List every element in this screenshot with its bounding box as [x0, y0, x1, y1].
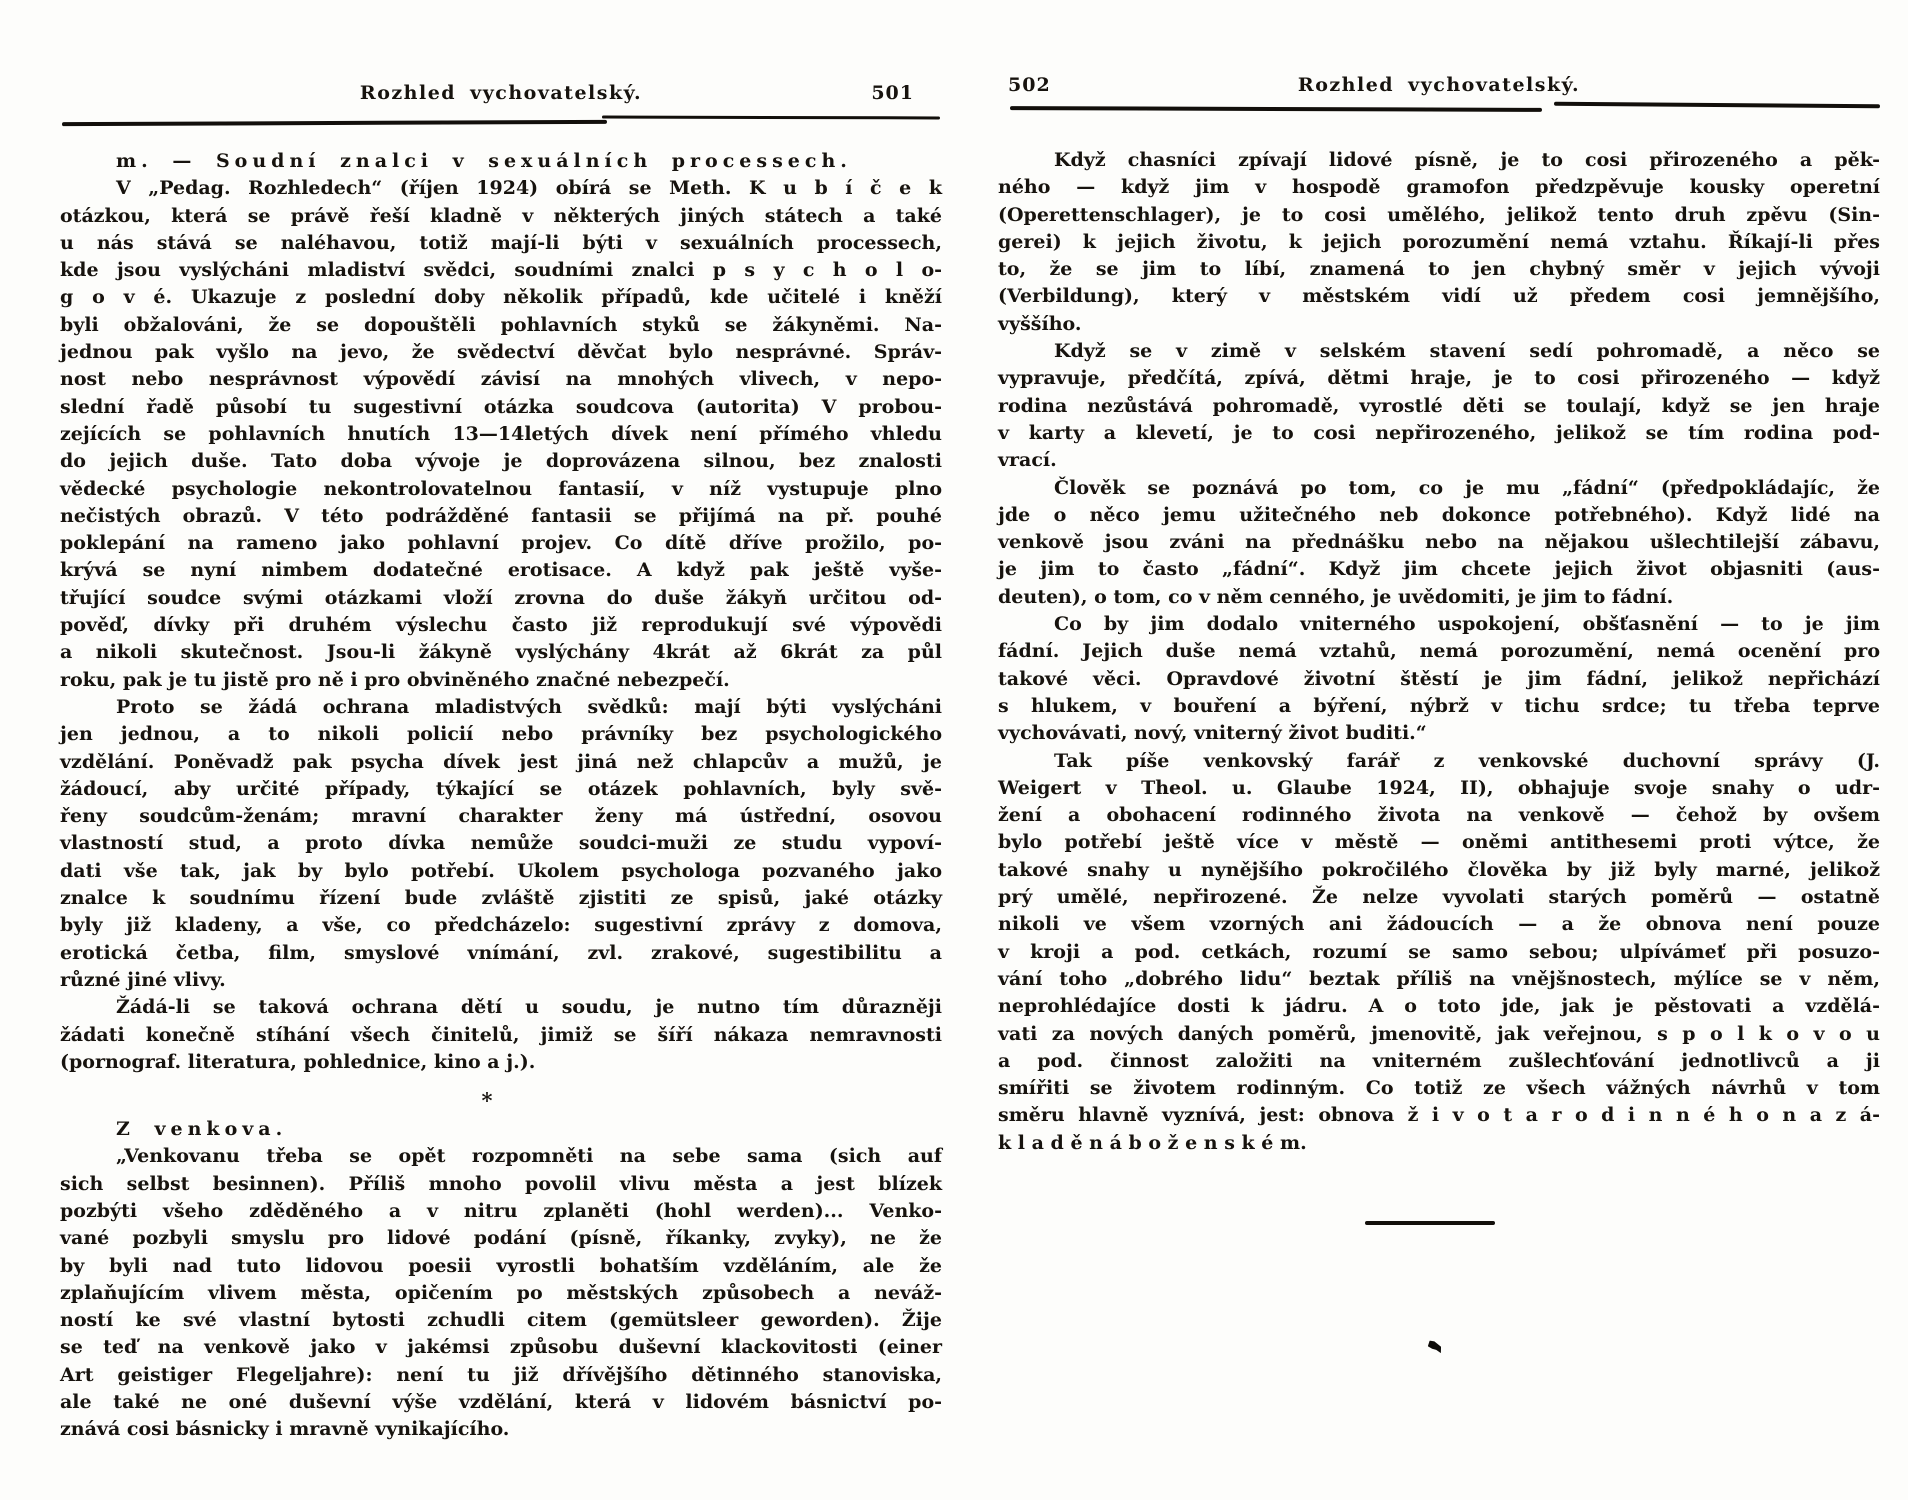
text-line: V „Pedag. Rozhledech“ (říjen 1924) obírá… [60, 175, 942, 202]
text-line: krývá se nyní nimbem dodatečné erotisace… [60, 557, 942, 584]
page-header: Rozhled vychovatelský. 502 [998, 74, 1880, 118]
text-line: Člověk se poznává po tom, co je mu „fádn… [998, 475, 1880, 502]
text-line: deuten), o tom, co v něm cenného, je uvě… [998, 584, 1880, 611]
text-line: nost nebo nesprávnost výpovědí závisí na… [60, 366, 942, 393]
text-line: dati vše tak, jak by bylo potřebí. Ukole… [60, 858, 942, 885]
text-line: sich selbst besinnen). Příliš mnoho povo… [60, 1171, 942, 1198]
text-line: vzdělání. Poněvadž pak psycha dívek jest… [60, 749, 942, 776]
text-line: Weigert v Theol. u. Glaube 1924, II), ob… [998, 775, 1880, 802]
text-line: Žádá-li se taková ochrana dětí u soudu, … [60, 994, 942, 1021]
text-line: vlastností stud, a proto dívka nemůže so… [60, 830, 942, 857]
text-line: m. — Soudní znalci v sexuálních processe… [60, 148, 942, 175]
page-body: Když chasníci zpívají lidové písně, je t… [998, 147, 1880, 1157]
text-line: nečistých obrazů. V této podrážděné fant… [60, 503, 942, 530]
text-line: se teď na venkově jako v jakémsi způsobu… [60, 1334, 942, 1361]
text-line: prý umělé, nepřirozené. Že nelze vyvolat… [998, 884, 1880, 911]
text-line: směru hlavně vyznívá, jest: obnova ž i v… [998, 1102, 1880, 1129]
running-title: Rozhled vychovatelský. [60, 82, 942, 104]
text-line: fádní. Jejich duše nemá vztahů, nemá por… [998, 638, 1880, 665]
text-line: Co by jim dodalo vniterného uspokojení, … [998, 611, 1880, 638]
text-line: a nikoli skutečnost. Jsou-li žákyně vysl… [60, 639, 942, 666]
text-line: (Operettenschlager), je to cosi umělého,… [998, 202, 1880, 229]
text-line: jednou pak vyšlo na jevo, že svědectví d… [60, 339, 942, 366]
text-line: nikoli ve všem vzorných ani žádoucích — … [998, 911, 1880, 938]
text-line: třující soudce svými otázkami vloží zrov… [60, 585, 942, 612]
text-line: (pornograf. literatura, pohlednice, kino… [60, 1049, 942, 1076]
text-line: vědecké psychologie nekontrolovatelnou f… [60, 476, 942, 503]
text-line: vychovávati, nový, vniterný život buditi… [998, 720, 1880, 747]
text-line: takové snahy u nynějšího pokročilého člo… [998, 857, 1880, 884]
text-line: byli obžalováni, že se dopouštěli pohlav… [60, 312, 942, 339]
text-line: zplaňujícím vlivem města, opičením po mě… [60, 1280, 942, 1307]
text-line: Tak píše venkovský farář z venkovské duc… [998, 748, 1880, 775]
text-line: Proto se žádá ochrana mladistvých svědků… [60, 694, 942, 721]
text-line: gerei) k jejich životu, k jejich porozum… [998, 229, 1880, 256]
text-line: vyššího. [998, 311, 1880, 338]
text-line: vané pozbyli smyslu pro lidové podání (p… [60, 1225, 942, 1252]
text-line: venkově jsou zváni na přednášku nebo na … [998, 529, 1880, 556]
text-line: * [60, 1086, 942, 1116]
text-line: (Verbildung), který v městském vidí už p… [998, 283, 1880, 310]
text-line: žení a obohacení rodinného života na ven… [998, 802, 1880, 829]
text-line: v kroji a pod. cetkách, rozumí se samo s… [998, 939, 1880, 966]
text-line: je jim to často „fádní“. Když jim chcete… [998, 556, 1880, 583]
text-line: znalce k soudnímu řízení bude zvláště zj… [60, 885, 942, 912]
text-line: a pod. činnost založiti na vniterném zuš… [998, 1048, 1880, 1075]
text-line: u nás stává se naléhavou, totiž mají-li … [60, 230, 942, 257]
header-rule [1554, 102, 1880, 109]
text-line: byly již kladeny, a vše, co předcházelo:… [60, 912, 942, 939]
text-line: Art geistiger Flegeljahre): není tu již … [60, 1362, 942, 1389]
text-line: do jejich duše. Tato doba vývoje je dopr… [60, 448, 942, 475]
text-line: kde jsou vyslýcháni mladiství svědci, so… [60, 257, 942, 284]
text-line: ností ke své vlastní bytosti zchudli cit… [60, 1307, 942, 1334]
text-line: bylo potřebí ještě více v městě — oněmi … [998, 829, 1880, 856]
text-line: vypravuje, předčítá, zpívá, dětmi hraje,… [998, 365, 1880, 392]
page-header: Rozhled vychovatelský. 501 [60, 82, 942, 126]
text-line: neprohlédajíce dosti k jádru. A o toto j… [998, 993, 1880, 1020]
section-divider-rule [1365, 1221, 1495, 1225]
text-line: erotická četba, film, smyslové vnímání, … [60, 940, 942, 967]
running-title: Rozhled vychovatelský. [998, 74, 1880, 96]
text-line: to, že se jim to líbí, znamená to jen ch… [998, 256, 1880, 283]
text-line: „Venkovanu třeba se opět rozpomněti na s… [60, 1143, 942, 1170]
page-body: m. — Soudní znalci v sexuálních processe… [60, 148, 942, 1444]
text-line: vati za nových daných poměrů, jmenovitě,… [998, 1021, 1880, 1048]
text-line: řeny soudcům-ženám; mravní charakter žen… [60, 803, 942, 830]
text-line: pověď, dívky při druhém výslechu často j… [60, 612, 942, 639]
text-line: jen jednou, a to nikoli policií nebo prá… [60, 721, 942, 748]
page-number: 502 [1008, 74, 1051, 96]
text-line: k l a d ě n á b o ž e n s k é m. [998, 1130, 1880, 1157]
text-line: takové věci. Opravdové životní štěstí je… [998, 666, 1880, 693]
text-line: vrací. [998, 447, 1880, 474]
header-rule [602, 116, 940, 120]
text-line: s hlukem, v bouření a býření, nýbrž v ti… [998, 693, 1880, 720]
text-line: různé jiné vlivy. [60, 967, 942, 994]
text-line: žádoucí, aby určité případy, týkající se… [60, 776, 942, 803]
ink-mark [1427, 1339, 1442, 1355]
text-line: vání toho „dobrého lidu“ beztak příliš n… [998, 966, 1880, 993]
text-line: pozbýti všeho zděděného a v nitru zplaně… [60, 1198, 942, 1225]
text-line: zejících se pohlavních hnutích 13—14letý… [60, 421, 942, 448]
text-line: žádati konečně stíhání všech činitelů, j… [60, 1022, 942, 1049]
page-501: Rozhled vychovatelský. 501 m. — Soudní z… [60, 82, 942, 1444]
text-line: v karty a klevetí, je to cosi nepřirozen… [998, 420, 1880, 447]
text-line: Z venkova. [60, 1116, 942, 1143]
text-line: jde o něco jemu užitečného neb dokonce p… [998, 502, 1880, 529]
header-rule [1010, 106, 1542, 112]
text-line: g o v é. Ukazuje z poslední doby několik… [60, 284, 942, 311]
text-line: poklepání na rameno jako pohlavní projev… [60, 530, 942, 557]
text-line: znává cosi básnicky i mravně vynikajícíh… [60, 1416, 942, 1443]
text-line: smířiti se životem rodinným. Co totiž ze… [998, 1075, 1880, 1102]
text-line: by byli nad tuto lidovou poesii vyrostli… [60, 1253, 942, 1280]
text-line: Když chasníci zpívají lidové písně, je t… [998, 147, 1880, 174]
text-line: roku, pak je tu jistě pro ně i pro obvin… [60, 667, 942, 694]
page-number: 501 [871, 82, 914, 104]
text-line: Když se v zimě v selském stavení sedí po… [998, 338, 1880, 365]
header-rule [62, 120, 607, 126]
text-line: ale také ne oné duševní výše vzdělání, k… [60, 1389, 942, 1416]
text-line: slední řadě působí tu sugestivní otázka … [60, 394, 942, 421]
text-line: ného — když jim v hospodě gramofon předz… [998, 174, 1880, 201]
page-502: Rozhled vychovatelský. 502 Když chasníci… [998, 74, 1880, 1157]
text-line: rodina nezůstává pohromadě, vyrostlé dět… [998, 393, 1880, 420]
text-line: otázkou, která se právě řeší kladně v ně… [60, 203, 942, 230]
scanned-journal-spread: Rozhled vychovatelský. 501 m. — Soudní z… [0, 0, 1908, 1500]
